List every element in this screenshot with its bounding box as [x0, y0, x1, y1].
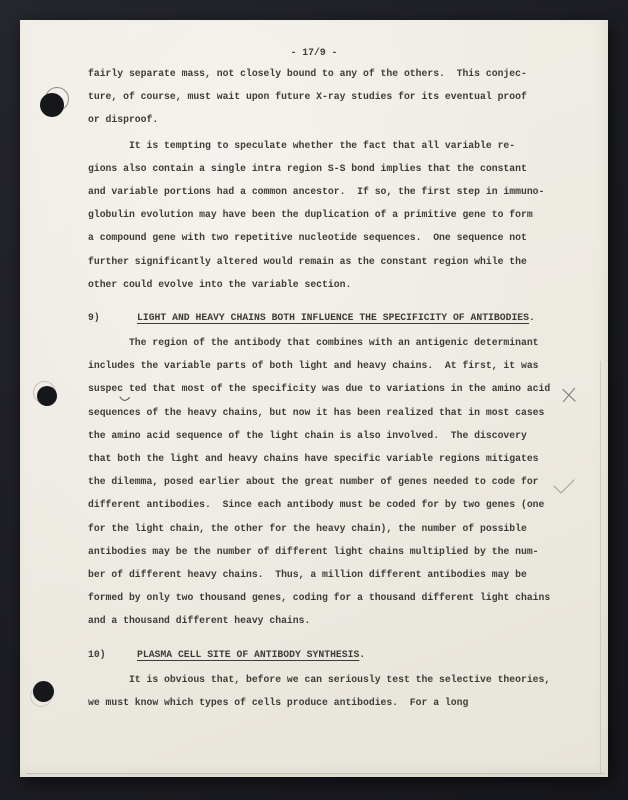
text-line: ture, of course, must wait upon future X…: [88, 85, 570, 108]
text-line: sequences of the heavy chains, but now i…: [88, 401, 570, 424]
document-page: - 17/9 - fairly separate mass, not close…: [20, 20, 608, 777]
text-line: we must know which types of cells produc…: [88, 691, 570, 714]
text-line: antibodies may be the number of differen…: [88, 540, 570, 563]
text-line: ber of different heavy chains. Thus, a m…: [88, 563, 570, 586]
scan-background: - 17/9 - fairly separate mass, not close…: [0, 0, 628, 800]
text-line: other could evolve into the variable sec…: [88, 273, 570, 296]
close-up-mark-icon: [119, 396, 131, 404]
text-line: includes the variable parts of both ligh…: [88, 354, 570, 377]
pencil-x-icon: [560, 386, 578, 404]
section-title: PLASMA CELL SITE OF ANTIBODY SYNTHESIS: [137, 649, 359, 660]
text-line: The region of the antibody that combines…: [88, 331, 570, 354]
paragraph-2: It is tempting to speculate whether the …: [88, 134, 570, 296]
text-line: the amino acid sequence of the light cha…: [88, 424, 570, 447]
text-line: further significantly altered would rema…: [88, 250, 570, 273]
paragraph-3: The region of the antibody that combines…: [88, 331, 570, 632]
section-title: LIGHT AND HEAVY CHAINS BOTH INFLUENCE TH…: [137, 312, 529, 323]
text-line: It is tempting to speculate whether the …: [88, 134, 570, 157]
section-period: .: [359, 649, 365, 660]
text-line: and a thousand different heavy chains.: [88, 609, 570, 632]
section-heading-10: 10)PLASMA CELL SITE OF ANTIBODY SYNTHESI…: [88, 643, 570, 666]
paragraph-4: It is obvious that, before we can seriou…: [88, 668, 570, 714]
text-line: It is obvious that, before we can seriou…: [88, 668, 570, 691]
text-line: gions also contain a single intra region…: [88, 157, 570, 180]
section-heading-9: 9)LIGHT AND HEAVY CHAINS BOTH INFLUENCE …: [88, 306, 570, 329]
punch-hole-opening: [40, 93, 64, 117]
pencil-check-icon: [551, 476, 577, 496]
section-number: 10): [88, 643, 137, 666]
text-line: that both the light and heavy chains hav…: [88, 447, 570, 470]
text-line: suspec ted that most of the specificity …: [88, 377, 570, 400]
text-line: fairly separate mass, not closely bound …: [88, 62, 570, 85]
text-line: for the light chain, the other for the h…: [88, 517, 570, 540]
section-number: 9): [88, 306, 137, 329]
text-line: globulin evolution may have been the dup…: [88, 203, 570, 226]
paragraph-1: fairly separate mass, not closely bound …: [88, 62, 570, 132]
page-number: - 17/9 -: [20, 47, 608, 59]
text-line: formed by only two thousand genes, codin…: [88, 586, 570, 609]
section-period: .: [529, 312, 535, 323]
document-text: fairly separate mass, not closely bound …: [88, 62, 570, 714]
text-line: a compound gene with two repetitive nucl…: [88, 226, 570, 249]
text-line: and variable portions had a common ances…: [88, 180, 570, 203]
text-line: different antibodies. Since each antibod…: [88, 493, 570, 516]
punch-hole-opening: [33, 681, 54, 702]
text-line: or disproof.: [88, 108, 570, 131]
punch-hole-opening: [37, 386, 57, 406]
text-line: the dilemma, posed earlier about the gre…: [88, 470, 570, 493]
